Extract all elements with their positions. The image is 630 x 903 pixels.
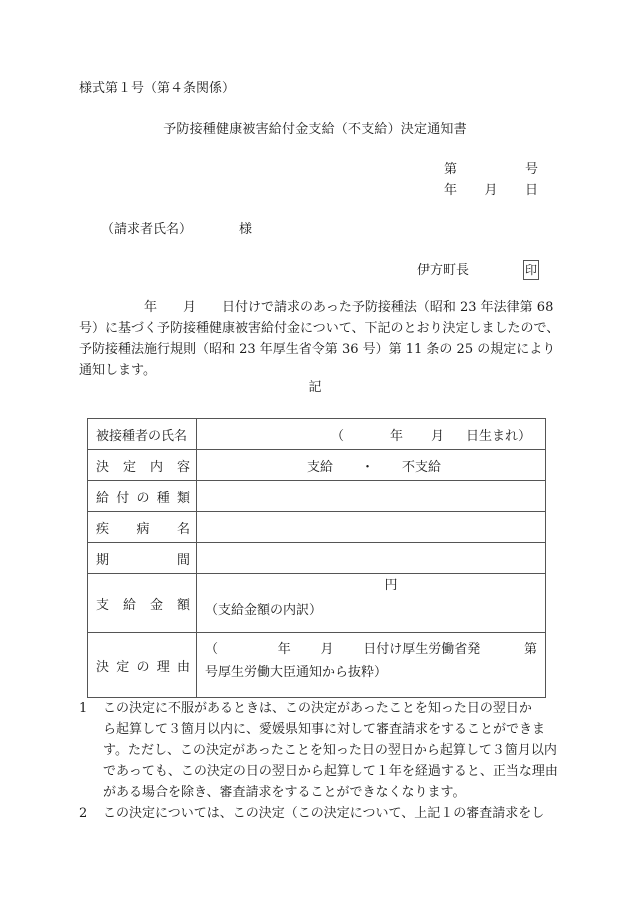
table-row: 給付の種類 <box>88 481 546 512</box>
recipient-name-cell: （ 年 月 日生まれ） <box>197 419 546 450</box>
benefit-type-cell[interactable] <box>197 481 546 512</box>
date-month: 月 <box>484 184 497 197</box>
disease-cell[interactable] <box>197 512 546 543</box>
row-label: 疾病名 <box>88 512 197 543</box>
table-row: 決定内容 支給 ・ 不支給 <box>88 450 546 481</box>
ref-prefix: 第 <box>444 163 457 176</box>
addressee-label: （請求者氏名） <box>101 223 192 236</box>
reason-cell[interactable]: （ 年 月 日付け厚生労働省発 第 号厚生労働大臣通知から抜粋） <box>197 633 546 698</box>
body-line: 予防接種法施行規則（昭和 23 年厚生省令第 36 号）第 11 条の 25 の… <box>79 339 549 360</box>
table-row: 疾病名 <box>88 512 546 543</box>
body-line: 通知します。 <box>79 360 549 381</box>
row-label: 決定内容 <box>88 450 197 481</box>
note-number: 1 <box>79 698 103 803</box>
row-label: 決定の理由 <box>88 633 197 698</box>
note-item: 2 この決定については、この決定（この決定について、上記１の審査請求をし <box>79 803 549 824</box>
amount-cell[interactable]: 円 （支給金額の内訳） <box>197 574 546 633</box>
table-row: 期間 <box>88 543 546 574</box>
row-label: 給付の種類 <box>88 481 197 512</box>
table-row: 被接種者の氏名 （ 年 月 日生まれ） <box>88 419 546 450</box>
period-cell[interactable] <box>197 543 546 574</box>
row-label: 支給金額 <box>88 574 197 633</box>
option-pay[interactable]: 支給 <box>307 456 333 475</box>
form-number: 様式第１号（第４条関係） <box>79 82 235 95</box>
option-nopay[interactable]: 不支給 <box>402 456 441 475</box>
decision-table: 被接種者の氏名 （ 年 月 日生まれ） 決定内容 支給 ・ 不支給 給付の種類 … <box>87 418 546 698</box>
table-row: 決定の理由 （ 年 月 日付け厚生労働省発 第 号厚生労働大臣通知から抜粋） <box>88 633 546 698</box>
row-label: 被接種者の氏名 <box>88 419 197 450</box>
ref-suffix: 号 <box>525 163 538 176</box>
body-paragraph: 年 月 日付けで請求のあった予防接種法（昭和 23 年法律第 68 号）に基づく… <box>79 297 549 381</box>
date-day: 日 <box>525 184 538 197</box>
addressee-honorific: 様 <box>239 223 252 236</box>
document-title: 予防接種健康被害給付金支給（不支給）決定通知書 <box>0 123 630 136</box>
note-item: 1 この決定に不服があるときは、この決定があったことを知った日の翌日か ら起算し… <box>79 698 549 803</box>
decision-cell: 支給 ・ 不支給 <box>197 450 546 481</box>
notes-list: 1 この決定に不服があるときは、この決定があったことを知った日の翌日か ら起算し… <box>79 698 549 824</box>
row-label: 期間 <box>88 543 197 574</box>
ki-heading: 記 <box>0 381 630 394</box>
body-line: 年 月 日付けで請求のあった予防接種法（昭和 23 年法律第 68 <box>79 297 549 318</box>
issue-date: 年 月 日 <box>444 184 538 197</box>
issuer-name: 伊方町長 <box>417 264 469 277</box>
note-number: 2 <box>79 803 103 824</box>
date-year: 年 <box>444 184 457 197</box>
table-row: 支給金額 円 （支給金額の内訳） <box>88 574 546 633</box>
reference-number: 第 号 <box>444 163 538 176</box>
seal-icon: 印 <box>523 260 539 280</box>
body-line: 号）に基づく予防接種健康被害給付金について、下記のとおり決定しましたので、 <box>79 318 549 339</box>
